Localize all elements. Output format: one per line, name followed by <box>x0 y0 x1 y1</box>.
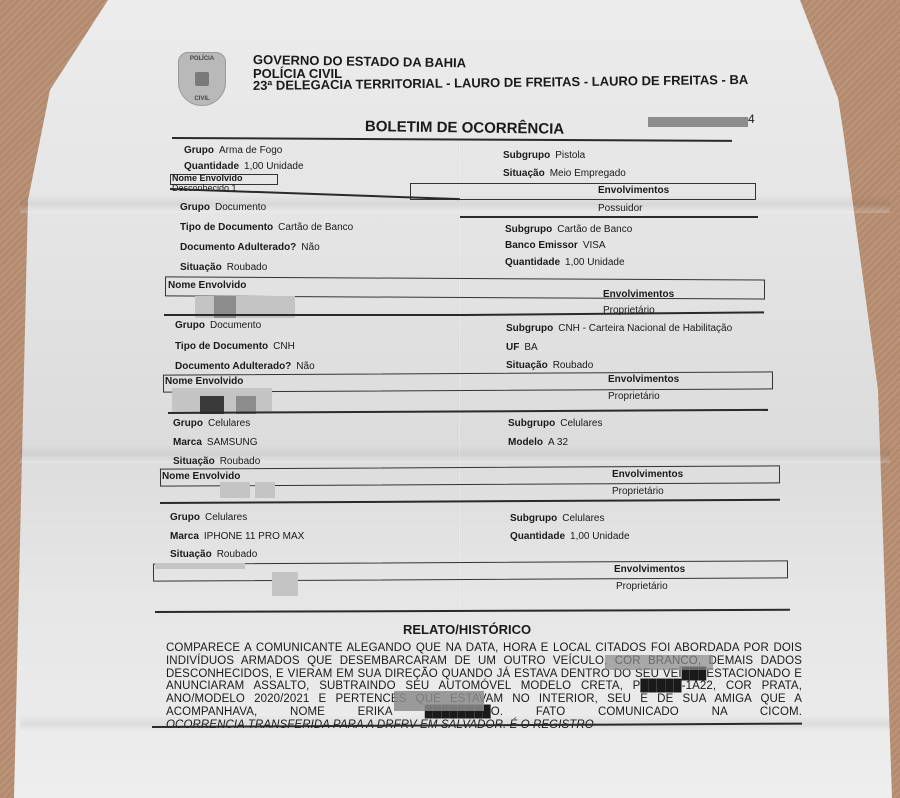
field-tipo-documento: Tipo de DocumentoCNH <box>175 341 295 352</box>
involved-box <box>160 465 780 486</box>
badge-bottom-text: CIVIL <box>194 96 209 102</box>
field-tipo-documento: Tipo de DocumentoCartão de Banco <box>180 222 353 233</box>
field-documento-adulterado: Documento Adulterado?Não <box>175 361 315 372</box>
document-title: BOLETIM DE OCORRÊNCIA <box>365 118 564 138</box>
field-situacao: SituaçãoMeio Empregado <box>503 168 626 179</box>
badge-top-text: POLÍCIA <box>190 56 214 62</box>
section-divider <box>164 314 464 316</box>
field-modelo: ModeloA 32 <box>508 437 568 448</box>
field-banco-emissor: Banco EmissorVISA <box>505 240 606 251</box>
field-documento-adulterado: Documento Adulterado?Não <box>180 242 320 253</box>
involvement-header: Envolvimentos <box>598 185 669 196</box>
involved-name-header: Nome Envolvido <box>168 280 246 291</box>
field-grupo: GrupoArma de Fogo <box>184 145 282 156</box>
involved-name-header: Nome Envolvido <box>165 376 243 387</box>
field-grupo: GrupoDocumento <box>175 320 261 331</box>
field-grupo: GrupoCelulares <box>173 418 250 429</box>
field-subgrupo: SubgrupoCNH - Carteira Nacional de Habil… <box>506 323 732 334</box>
involvement-value: Proprietário <box>616 581 668 592</box>
redacted-vehicle <box>605 655 713 670</box>
field-uf: UFBA <box>506 342 538 353</box>
relato-line: ANUNCIARAM ASSALTO, SUBTRAINDO SEU AUTOM… <box>166 680 802 693</box>
relato-line: COMPARECE A COMUNICANTE ALEGANDO QUE NA … <box>166 642 802 655</box>
involvement-header: Envolvimentos <box>614 564 685 575</box>
field-grupo: GrupoCelulares <box>170 512 247 523</box>
header-divider <box>172 137 732 142</box>
field-quantidade: Quantidade1,00 Unidade <box>184 161 304 172</box>
field-subgrupo: SubgrupoPistola <box>503 150 585 161</box>
relato-line: ACOMPANHAVA, NOME ERIKA ████████O. FATO … <box>166 706 802 719</box>
police-badge-icon: POLÍCIA CIVIL <box>178 52 226 106</box>
redacted-number <box>648 117 748 127</box>
field-subgrupo: SubgrupoCelulares <box>508 418 602 429</box>
involvement-header: Envolvimentos <box>608 374 679 385</box>
section-divider <box>155 609 790 613</box>
section-divider <box>160 499 780 504</box>
redacted-name-header <box>155 563 245 569</box>
field-situacao: SituaçãoRoubado <box>180 262 267 273</box>
field-grupo: GrupoDocumento <box>180 202 266 213</box>
involvement-header-box <box>410 183 756 200</box>
field-marca: MarcaSAMSUNG <box>173 437 257 448</box>
redacted-name <box>394 691 484 711</box>
field-marca: MarcaIPHONE 11 PRO MAX <box>170 531 304 542</box>
field-quantidade: Quantidade1,00 Unidade <box>510 531 630 542</box>
field-subgrupo: SubgrupoCelulares <box>510 513 604 524</box>
field-situacao: SituaçãoRoubado <box>506 360 593 371</box>
boletim-document: POLÍCIA CIVIL GOVERNO DO ESTADO DA BAHIA… <box>0 0 900 798</box>
relato-title: RELATO/HISTÓRICO <box>403 622 531 637</box>
field-quantidade: Quantidade1,00 Unidade <box>505 257 625 268</box>
field-situacao: SituaçãoRoubado <box>170 549 257 560</box>
document-number-suffix: 4 <box>748 112 755 126</box>
involvement-value: Possuidor <box>598 203 642 214</box>
involved-name-header: Nome Envolvido <box>162 471 240 482</box>
involvement-header: Envolvimentos <box>603 289 674 300</box>
involvement-value: Proprietário <box>612 486 664 497</box>
redacted-name <box>272 572 298 596</box>
field-situacao: SituaçãoRoubado <box>173 456 260 467</box>
redacted-name <box>220 482 250 498</box>
involvement-value: Proprietário <box>608 391 660 402</box>
relato-line: ANO/MODELO 2020/2021 E PERTENCES QUE EST… <box>166 693 802 706</box>
redacted-name <box>255 482 275 498</box>
involvement-header: Envolvimentos <box>612 469 683 480</box>
field-subgrupo: SubgrupoCartão de Banco <box>505 224 632 235</box>
crest-icon <box>195 72 209 86</box>
involved-box <box>153 560 788 581</box>
section-divider <box>460 216 758 218</box>
involved-name-header: Nome Envolvido <box>172 173 243 183</box>
